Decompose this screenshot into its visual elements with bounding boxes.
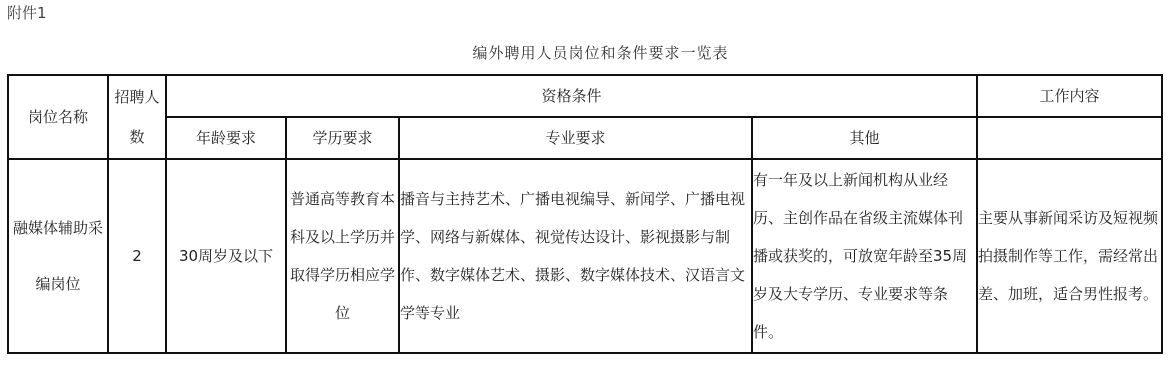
cell-headcount: 2 [108, 159, 166, 353]
header-empty [977, 117, 1162, 159]
cell-position-name: 融媒体辅助采编岗位 [8, 159, 108, 353]
cell-education: 普通高等教育本科及以上学历并取得学历相应学位 [286, 159, 399, 353]
header-position-name: 岗位名称 [8, 75, 108, 159]
header-other: 其他 [752, 117, 977, 159]
cell-work-content: 主要从事新闻采访及短视频拍摄制作等工作，需经常出差、加班，适合男性报考。 [977, 159, 1162, 353]
header-headcount: 招聘人数 [108, 75, 166, 159]
positions-table: 岗位名称 招聘人数 资格条件 工作内容 年龄要求 学历要求 专业要求 其他 融媒… [7, 74, 1163, 354]
header-row-1: 岗位名称 招聘人数 资格条件 工作内容 [8, 75, 1162, 117]
header-row-2: 年龄要求 学历要求 专业要求 其他 [8, 117, 1162, 159]
cell-other: 有一年及以上新闻机构从业经历、主创作品在省级主流媒体刊播或获奖的，可放宽年龄至3… [752, 159, 977, 353]
header-work-content: 工作内容 [977, 75, 1162, 117]
document-title-wrap: 编外聘用人员岗位和条件要求一览表 [0, 42, 1171, 63]
cell-major: 播音与主持艺术、广播电视编导、新闻学、广播电视学、网络与新媒体、视觉传达设计、影… [399, 159, 752, 353]
document-title: 编外聘用人员岗位和条件要求一览表 [472, 42, 728, 63]
header-major: 专业要求 [399, 117, 752, 159]
attachment-label: 附件1 [7, 2, 47, 23]
cell-age: 30周岁及以下 [166, 159, 286, 353]
table-row: 融媒体辅助采编岗位 2 30周岁及以下 普通高等教育本科及以上学历并取得学历相应… [8, 159, 1162, 353]
header-qualifications: 资格条件 [166, 75, 977, 117]
header-age: 年龄要求 [166, 117, 286, 159]
header-education: 学历要求 [286, 117, 399, 159]
